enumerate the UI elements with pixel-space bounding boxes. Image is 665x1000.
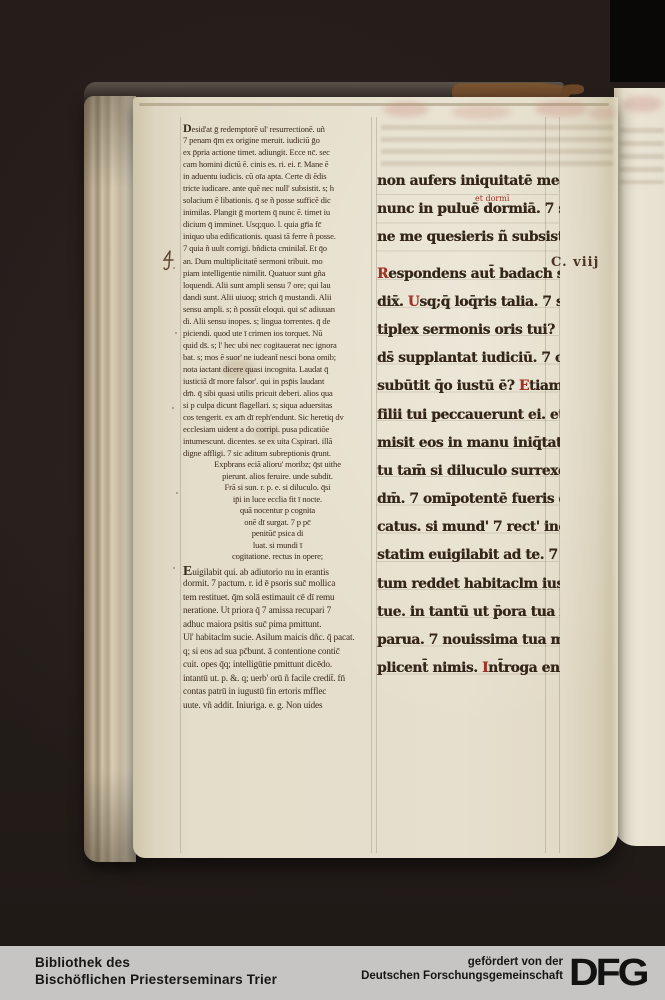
line-segment: statim euigilabit ad te. 7 paca [377, 547, 560, 563]
manuscript-line: filii tui peccauerunt ei. et di [377, 401, 560, 429]
manuscript-line: dicium q̄ imminet. Usq;quo. l. quia gr̄i… [183, 218, 372, 230]
rubricated-initial: N [559, 322, 560, 338]
line-segment: catus. si mund' 7 rect' incesseris. [377, 519, 560, 535]
manuscript-line: dandi sunt. Alii uiuoq; strich q̄ mustan… [183, 291, 372, 303]
facing-page-edge [614, 88, 665, 846]
manuscript-line: iniquo uba edificationis. quasi tā ferre… [183, 230, 372, 242]
chapter-number-mark: C. viij [551, 255, 599, 270]
line-segment: espondens aut̄ badach suites. [388, 266, 560, 282]
manuscript-line: non aufers iniquitatē meā? Ecce [377, 167, 560, 195]
manuscript-line: tu tam̄ si diluculo surrexeris ad [377, 457, 560, 485]
manuscript-line: Euigilabit qui. ab adiutorio nu in erant… [183, 565, 372, 579]
pigment-stain [535, 101, 587, 117]
manuscript-line: sensu ampli. s; ñ possūt eloqui. qui sc̄… [183, 303, 372, 315]
line-segment: ds̄ supplantat iudiciū. 7 oīpotn̄s [377, 350, 560, 366]
manuscript-line: tiplex sermonis oris tui? Nūq̄d [377, 316, 560, 344]
line-segment: ne me quesieris ñ subsistam. [377, 229, 560, 245]
dfg-logo: DFG [569, 951, 647, 994]
manuscript-line: parua. 7 nouissima tua multi [377, 626, 560, 654]
manuscript-line: ne me quesieris ñ subsistam. [377, 223, 560, 251]
pigment-stain [383, 102, 429, 117]
funding-credit: gefördert von der Deutschen Forschungsge… [263, 955, 563, 983]
rubricated-initial: E [519, 378, 529, 394]
line-segment: parua. 7 nouissima tua multi [377, 632, 560, 648]
library-name-line1: Bibliothek des [35, 954, 277, 971]
manuscript-line: intantū ut. p. &. q; uerb' orū ñ facile … [183, 673, 372, 687]
line-segment: sq;q̄ loq̄ris talia. 7 sp̄s mul [419, 294, 560, 310]
manuscript-line: plicent̄ nimis. Int̄roga enim [377, 654, 560, 682]
manuscript-page: Desid'at ḡ redemptorē ul' resurrectionē.… [133, 97, 618, 858]
prick-mark [176, 492, 178, 494]
manuscript-line: cuit. opes q̄q; intelligūtie pmittunt di… [183, 659, 372, 673]
prick-mark [173, 567, 175, 569]
line-segment: tiam si [529, 378, 560, 394]
manuscript-photo: Desid'at ḡ redemptorē ul' resurrectionē.… [0, 0, 665, 946]
manuscript-line: dm̄. q̄ sibi quasi utilis pricuit deberi… [183, 387, 372, 399]
line-segment: tiplex sermonis oris tui? [377, 322, 559, 338]
manuscript-line: tricte iudicare. ante quē nec null' subs… [183, 182, 372, 194]
library-banner: Bibliothek des Bischöflichen Priestersem… [0, 946, 665, 1000]
funding-line2: Deutschen Forschungsgemeinschaft [263, 969, 563, 983]
pigment-stain [451, 105, 511, 119]
manuscript-line: 7 quia ñ uult corrigi. bñdicta cminilat̄… [183, 242, 372, 254]
manuscript-line: Desid'at ḡ redemptorē ul' resurrectionē.… [183, 122, 372, 134]
line-segment: tue. in tantū ut p̄ora tua fuerīt [377, 604, 560, 620]
manuscript-line: uute. vñ addit. Iniuriga. e. g. Non uide… [183, 700, 372, 714]
cover-gap [610, 0, 665, 82]
right-text-column: non aufers iniquitatē meā? Eccenunc in p… [377, 167, 560, 682]
manuscript-line: bat. s; mos ē suor' ne iudeant̄ nesci bo… [183, 351, 372, 363]
manuscript-line: adhuc maiora psitis suc̄ pima pmittunt. [183, 619, 372, 633]
manuscript-line: ex p̄pria actione timet. adiungit. Ecce … [183, 146, 372, 158]
prick-mark [175, 332, 177, 334]
manuscript-line: ecclesiam uident a do corripi. pusa pdic… [183, 423, 372, 435]
manuscript-line: subūtit q̄o iustū ē? Etiam si [377, 372, 560, 400]
line-segment: filii tui peccauerunt ei. et di [377, 407, 560, 423]
manuscript-line: ip̄i in luce ecclia fit ī nocte. [183, 494, 372, 506]
manuscript-line: contas patrū in iugustū fin ertoris mffl… [183, 686, 372, 700]
manuscript-line: catus. si mund' 7 rect' incesseris. [377, 513, 560, 541]
manuscript-line: Respondens aut̄ badach suites. [377, 260, 560, 288]
left-column-taper: Expbrans eciā alioru' moribz; q̄st uithe… [183, 459, 372, 563]
manuscript-line: in aduentu iudicis. cū oīa apta. Certe d… [183, 170, 372, 182]
line-segment: plicent̄ nimis. [377, 660, 482, 676]
manuscript-line: Frā si sun. r. p. e. si diluculo. q̄si [183, 482, 372, 494]
manuscript-line: tum reddet habitaclm iusticie [377, 570, 560, 598]
manuscript-line: solacium ē libationis. q̄ se ñ posse suf… [183, 194, 372, 206]
manuscript-line: digne affligi. 7 sic aditum subreptionis… [183, 447, 372, 459]
manuscript-line: 7 penam q̄m ex origine meruit. iudiciū ḡ… [183, 134, 372, 146]
manuscript-line: penitūc̄ psica di [183, 528, 372, 540]
manuscript-line: q; si eos ad sua pc̄bunt. ā contentione … [183, 646, 372, 660]
manuscript-line: di. Alii sensu inopes. s; lingua torrent… [183, 315, 372, 327]
manuscript-line: Expbrans eciā alioru' moribz; q̄st uithe [183, 459, 372, 471]
line-segment: dix̄. [377, 294, 408, 310]
funding-line1: gefördert von der [263, 955, 563, 969]
manuscript-line: cam homini dictū ē. cinis es. ri. ei. r̄… [183, 158, 372, 170]
line-segment: misit eos in manu iniq̄tatis sue. [377, 435, 560, 451]
page-stack-edges [84, 96, 136, 862]
manuscript-line: onē dī surgat. 7 p pc̄ [183, 517, 372, 529]
manuscript-line: intumescunt. dicentes. se ex uita Cspira… [183, 435, 372, 447]
manuscript-line: piam intelligentie nimilit. Quatuor sunt… [183, 267, 372, 279]
manuscript-line: an. Dum multiplicitatē sermoni tribuit. … [183, 255, 372, 267]
library-name-line2: Bischöflichen Priesterseminars Trier [35, 971, 277, 988]
manuscript-line: tem restituet. q̄m solā estimauit cē dī … [183, 592, 372, 606]
manuscript-line: loquendi. Alii sunt ampli sensu 7 ore; q… [183, 279, 372, 291]
manuscript-line: cogitatione. rectus in opere; [183, 551, 372, 563]
manuscript-line: iusticiā dī more falsor'. qui in psp̄is … [183, 375, 372, 387]
ruling-line [180, 117, 181, 853]
text-show-through [620, 128, 664, 184]
prick-mark [172, 407, 174, 409]
scan-viewport: Desid'at ḡ redemptorē ul' resurrectionē.… [0, 0, 665, 1000]
manuscript-line: neratione. Ut priora q̄ 7 amissa recupar… [183, 605, 372, 619]
manuscript-line: misit eos in manu iniq̄tatis sue. [377, 429, 560, 457]
manuscript-line: nota iactant dicere quasi incognita. Lau… [183, 363, 372, 375]
manuscript-line: quid ds̄. s; l' hec ubi nec cogitauerat … [183, 339, 372, 351]
manuscript-line: dix̄. Usq;q̄ loq̄ris talia. 7 sp̄s mul [377, 288, 560, 316]
line-segment: tu tam̄ si diluculo surrexeris ad [377, 463, 560, 479]
line-segment: tum reddet habitaclm iusticie [377, 576, 560, 592]
line-segment: dm̄. 7 omīpotentē fueris depre [377, 491, 560, 507]
line-segment: nt̄roga enim [488, 660, 560, 676]
manuscript-line: quā nocentur p cognita [183, 505, 372, 517]
manuscript-line: ds̄ supplantat iudiciū. 7 oīpotn̄s [377, 344, 560, 372]
rubricated-initial: U [408, 294, 420, 310]
manuscript-line: Ul' habitaclm sucie. Asilum maicis dñc. … [183, 632, 372, 646]
right-column-lines: non aufers iniquitatē meā? Eccenunc in p… [377, 167, 560, 682]
left-text-column: Desid'at ḡ redemptorē ul' resurrectionē.… [183, 122, 372, 713]
pigment-stain [622, 96, 662, 112]
line-segment: non aufers iniquitatē meā? Ecce [377, 173, 560, 189]
text-show-through [381, 125, 613, 171]
manuscript-line: inimilas. Plangit ḡ mortem q̄ nunc ē. ti… [183, 206, 372, 218]
left-column-block2: Euigilabit qui. ab adiutorio nu in erant… [183, 565, 372, 714]
line-segment: subūtit q̄o iustū ē? [377, 378, 519, 394]
manuscript-line: nunc in puluē dormiā. 7 si ma [377, 195, 560, 223]
line-segment: nunc in puluē dormiā. 7 si ma [377, 201, 560, 217]
left-column-block1: Desid'at ḡ redemptorē ul' resurrectionē.… [183, 122, 372, 459]
nota-mark-icon [160, 249, 176, 280]
manuscript-line: pierunt. alios feruire. unde subdit. [183, 471, 372, 483]
library-name: Bibliothek des Bischöflichen Priestersem… [35, 954, 277, 988]
manuscript-line: piciendi. quod ute ī crimen ios torquet.… [183, 327, 372, 339]
manuscript-line: dormit. 7 pactum. r. id ē psoris suc̄ mo… [183, 578, 372, 592]
manuscript-line: luat. si mundi ī [183, 540, 372, 552]
manuscript-line: tue. in tantū ut p̄ora tua fuerīt [377, 598, 560, 626]
manuscript-line: si p culpa dicunt flagellari. s; siqua a… [183, 399, 372, 411]
manuscript-line: statim euigilabit ad te. 7 paca [377, 541, 560, 569]
manuscript-line: cos tengerit. ex am̄ dī reph'endunt. Sic… [183, 411, 372, 423]
pigment-stain [588, 107, 616, 119]
rubricated-initial: R [377, 266, 388, 282]
manuscript-line: dm̄. 7 omīpotentē fueris depre [377, 485, 560, 513]
interlinear-gloss: et dormī [475, 194, 509, 203]
